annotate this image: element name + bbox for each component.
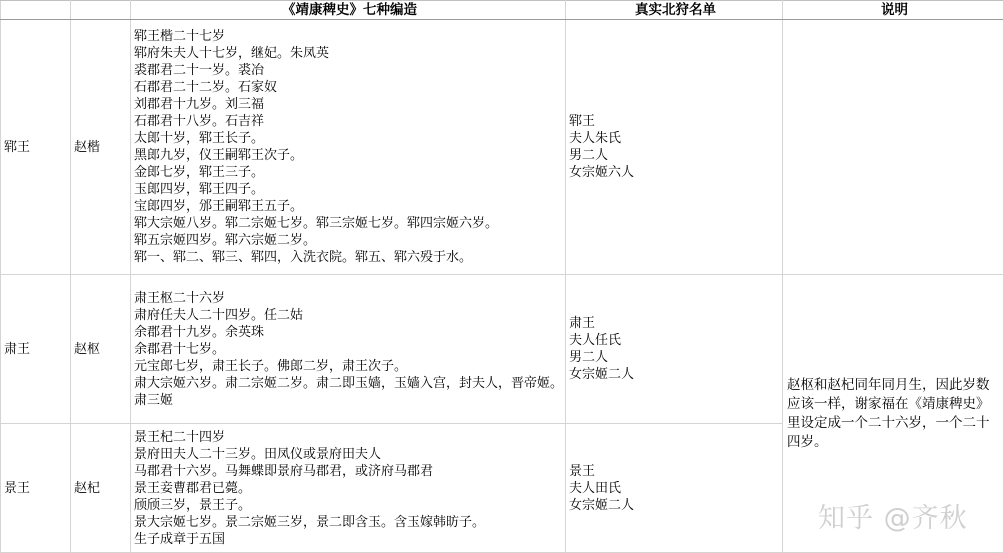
text-line: 郓府朱夫人十七岁，继妃。朱凤英 bbox=[134, 45, 565, 62]
header-real-list: 真实北狩名单 bbox=[566, 1, 783, 20]
text-line: 金郎七岁，郓王三子。 bbox=[134, 164, 565, 181]
text-line: 女宗姬二人 bbox=[569, 497, 782, 514]
text-line: 肃三姬 bbox=[134, 392, 565, 409]
text-line: 夫人田氏 bbox=[569, 480, 782, 497]
text-line: 裘郡君二十一岁。裘冶 bbox=[134, 62, 565, 79]
text-line: 郓王 bbox=[569, 113, 782, 130]
text-line: 景王妾曹郡君已薨。 bbox=[134, 480, 565, 497]
text-line: 石郡君十八岁。石吉祥 bbox=[134, 113, 565, 130]
text-line: 郓一、郓二、郓三、郓四，入洗衣院。郓五、郓六殁于水。 bbox=[134, 249, 565, 266]
text-line: 太郎十岁，郓王长子。 bbox=[134, 130, 565, 147]
text-line: 刘郡君十九岁。刘三福 bbox=[134, 96, 565, 113]
text-line: 马郡君十六岁。马舞蝶即景府马郡君，或济府马郡君 bbox=[134, 463, 565, 480]
cell-fabricated: 景王杞二十四岁 景府田夫人二十三岁。田凤仪或景府田夫人 马郡君十六岁。马舞蝶即景… bbox=[131, 424, 566, 553]
header-name bbox=[71, 1, 131, 20]
text-line: 肃大宗姬六岁。肃二宗姬二岁。肃二即玉嫱，玉嫱入宫，封夫人，晋帝姬。 bbox=[134, 375, 565, 392]
cell-title: 肃王 bbox=[1, 275, 71, 424]
text-line: 宝郎四岁，邠王嗣郓王五子。 bbox=[134, 198, 565, 215]
text-line: 石郡君二十二岁。石家奴 bbox=[134, 79, 565, 96]
cell-name: 赵杞 bbox=[71, 424, 131, 553]
text-line: 夫人任氏 bbox=[569, 332, 782, 349]
cell-real-list: 肃王 夫人任氏 男二人 女宗姬二人 bbox=[566, 275, 783, 424]
text-line: 肃王 bbox=[569, 315, 782, 332]
text-line: 女宗姬二人 bbox=[569, 366, 782, 383]
cell-real-list: 景王 夫人田氏 女宗姬二人 bbox=[566, 424, 783, 553]
text-line: 男二人 bbox=[569, 349, 782, 366]
text-line: 元宝郎七岁，肃王长子。佛郎二岁，肃王次子。 bbox=[134, 358, 565, 375]
text-line: 郓大宗姬八岁。郓二宗姬七岁。郓三宗姬七岁。郓四宗姬六岁。 bbox=[134, 215, 565, 232]
text-line: 女宗姬六人 bbox=[569, 164, 782, 181]
text-line: 景王杞二十四岁 bbox=[134, 429, 565, 446]
text-line: 生子成章于五国 bbox=[134, 531, 565, 548]
text-line: 景大宗姬七岁。景二宗姬三岁，景二即含玉。含玉嫁韩昉子。 bbox=[134, 514, 565, 531]
text-line: 郓王楷二十七岁 bbox=[134, 28, 565, 45]
text-line: 夫人朱氏 bbox=[569, 130, 782, 147]
text-line: 景王 bbox=[569, 463, 782, 480]
cell-fabricated: 郓王楷二十七岁 郓府朱夫人十七岁，继妃。朱凤英 裘郡君二十一岁。裘冶 石郡君二十… bbox=[131, 20, 566, 275]
header-row: 《靖康稗史》七种编造 真实北狩名单 说明 bbox=[1, 1, 1003, 20]
text-line: 玉郎四岁，郓王四子。 bbox=[134, 181, 565, 198]
text-line: 肃府任夫人二十四岁。任二姑 bbox=[134, 307, 565, 324]
text-line: 郓五宗姬四岁。郓六宗姬二岁。 bbox=[134, 232, 565, 249]
table-row: 肃王 赵枢 肃王枢二十六岁 肃府任夫人二十四岁。任二姑 余郡君十九岁。余英珠 余… bbox=[1, 275, 1003, 424]
cell-note-empty bbox=[783, 20, 1003, 275]
text-line: 余郡君十九岁。余英珠 bbox=[134, 324, 565, 341]
table-row: 郓王 赵楷 郓王楷二十七岁 郓府朱夫人十七岁，继妃。朱凤英 裘郡君二十一岁。裘冶… bbox=[1, 20, 1003, 275]
cell-name: 赵枢 bbox=[71, 275, 131, 424]
cell-note: 赵枢和赵杞同年同月生，因此岁数应该一样，谢家福在《靖康稗史》里设定成一个二十六岁… bbox=[783, 275, 1003, 553]
header-title bbox=[1, 1, 71, 20]
cell-fabricated: 肃王枢二十六岁 肃府任夫人二十四岁。任二姑 余郡君十九岁。余英珠 余郡君十七岁。… bbox=[131, 275, 566, 424]
header-fabricated: 《靖康稗史》七种编造 bbox=[131, 1, 566, 20]
comparison-table: 《靖康稗史》七种编造 真实北狩名单 说明 郓王 赵楷 郓王楷二十七岁 郓府朱夫人… bbox=[0, 0, 1003, 553]
cell-title: 郓王 bbox=[1, 20, 71, 275]
cell-name: 赵楷 bbox=[71, 20, 131, 275]
text-line: 黑郎九岁，仪王嗣郓王次子。 bbox=[134, 147, 565, 164]
text-line: 男二人 bbox=[569, 147, 782, 164]
text-line: 余郡君十七岁。 bbox=[134, 341, 565, 358]
header-note: 说明 bbox=[783, 1, 1003, 20]
cell-title: 景王 bbox=[1, 424, 71, 553]
text-line: 肃王枢二十六岁 bbox=[134, 290, 565, 307]
text-line: 景府田夫人二十三岁。田凤仪或景府田夫人 bbox=[134, 446, 565, 463]
cell-real-list: 郓王 夫人朱氏 男二人 女宗姬六人 bbox=[566, 20, 783, 275]
text-line: 颀颀三岁，景王子。 bbox=[134, 497, 565, 514]
